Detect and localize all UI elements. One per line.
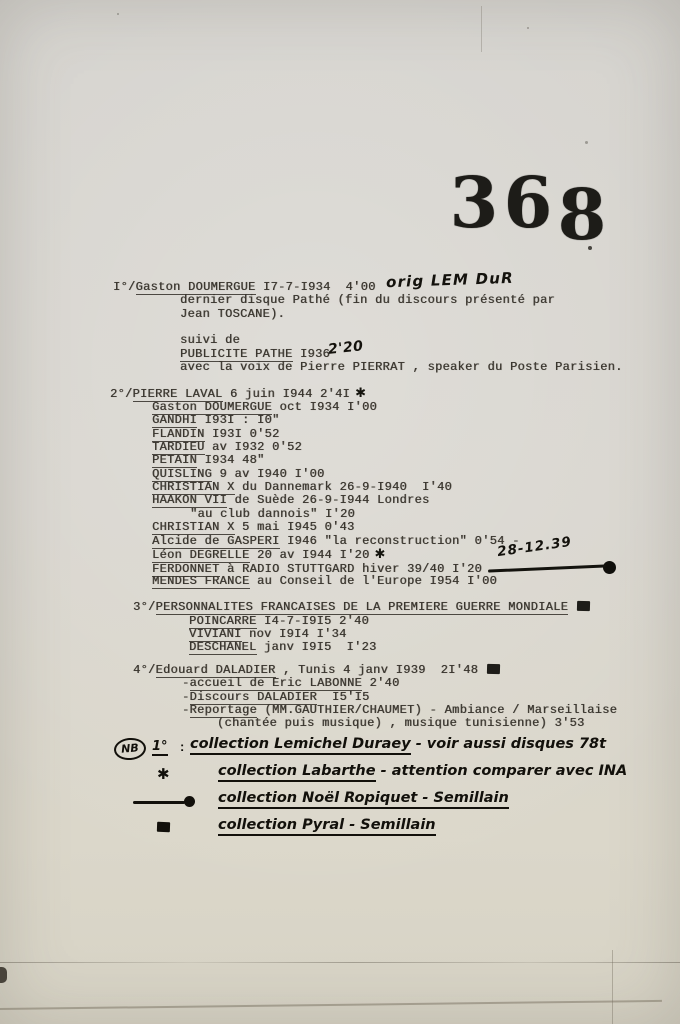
handwritten-note: collection Noël Ropiquet - Semillain [218,790,509,806]
page-edge-vertical [612,950,613,1024]
entry-details: du Dannemark 26-9-I940 I'40 [235,480,453,494]
typed-line: QUISLING 9 av I940 I'00 [152,468,680,481]
entry-details: I7-7-I934 4'00 [256,280,376,294]
entry-details: janv I9I5 I'23 [257,640,377,654]
asterisk-mark: ✱ [157,765,170,783]
section-heading: 4°/Edouard DALADIER , Tunis 4 janv I939 … [133,664,680,677]
line-gap [0,321,680,334]
typed-line: Jean TOSCANE). [180,308,680,321]
note-text: collection Lemichel Duraey [190,736,411,755]
handwritten-note: collection Lemichel Duraey - voir aussi … [190,736,606,752]
page-edge-line [0,1000,662,1010]
entry-details: oct I934 I'00 [272,400,377,414]
section-heading: 2°/PIERRE LAVAL 6 juin I944 2'4I✱ [110,387,680,400]
entry-title: MENDES FRANCE [152,574,250,589]
entry-details: av I932 0'52 [205,440,303,454]
entry-details: (MM.GAUTHIER/CHAUMET) - Ambiance / Marse… [257,703,617,717]
typed-line: "au club dannois" I'20 [190,508,680,521]
paper-speck [588,246,592,250]
typed-line: dernier disque Pathé (fin du discours pr… [180,294,680,307]
entry-details: I4-7-I9I5 2'40 [257,614,370,628]
entry-title: DESCHANEL [189,640,257,655]
entry-details: nov I9I4 I'34 [242,627,347,641]
handwritten-note: collection Labarthe - attention comparer… [218,763,627,779]
entry-details: au Conseil de l'Europe I954 I'00 [250,574,498,588]
entry-details: de Suède 26-9-I944 Londres [227,493,430,507]
handwritten-note: collection Pyral - Semillain [218,817,436,833]
stamp-digit: 6 [501,161,555,244]
entry-number: - [182,676,190,690]
entry-number: I°/ [113,280,136,294]
ink-blob [0,967,7,983]
typed-line: GANDHI I93I : I0" [152,414,680,427]
entry-details: 20 av I944 I'20 [250,548,370,562]
typed-line: (chantée puis musique) , musique tunisie… [217,717,680,730]
typed-line: -Reportage (MM.GAUTHIER/CHAUMET) - Ambia… [182,704,680,717]
line-text: (chantée puis musique) , musique tunisie… [217,716,585,730]
typed-line: -Discours DALADIER I5'I5 [182,691,680,704]
note-separator: : [180,739,184,754]
entry-number: 4°/ [133,663,156,677]
note-text: - voir aussi disques 78t [411,736,606,752]
typed-line: PUBLICITE PATHE I936 [180,348,680,361]
typed-line: Léon DEGRELLE 20 av I944 I'20✱ [152,548,680,561]
typed-line: FLANDIN I93I 0'52 [152,428,680,441]
typed-line: PETAIN I934 48" [152,454,680,467]
entry-number: - [182,690,190,704]
typed-line: Gaston DOUMERGUE oct I934 I'00 [152,401,680,414]
note-number: 1° [152,739,168,756]
line-text: suivi de [180,333,240,347]
typed-line: CHRISTIAN X 5 mai I945 0'43 [152,521,680,534]
stamp-digit: 3 [447,161,501,244]
page-number-stamp: 368 [447,161,609,244]
entry-details: I936 [293,347,331,361]
ink-square-mark [577,601,590,611]
typed-line: POINCARRE I4-7-I9I5 2'40 [189,615,680,628]
paper-speck [527,27,529,29]
page-edge-line [0,962,680,963]
typed-line: TARDIEU av I932 0'52 [152,441,680,454]
ink-stroke [488,564,606,572]
ink-square-mark [487,664,500,674]
entry-details: , Tunis 4 janv I939 2I'48 [276,663,479,677]
line-text: "au club dannois" I'20 [190,507,355,521]
entry-title: Alcide de GASPERI [152,534,280,549]
typed-line: CHRISTIAN X du Dannemark 26-9-I940 I'40 [152,481,680,494]
typed-line: HAAKON VII de Suède 26-9-I944 Londres [152,494,680,507]
entry-number: - [182,703,190,717]
entry-title: CHRISTIAN X [152,520,235,535]
nb-circle-mark: NB [113,737,147,762]
typed-line: -accueil de Eric LABONNE 2'40 [182,677,680,690]
scanned-page: 368 I°/Gaston DOUMERGUE I7-7-I934 4'00 d… [0,0,680,1024]
line-text: dernier disque Pathé (fin du discours pr… [180,293,555,307]
note-text: collection Noël Ropiquet - Semillain [218,790,509,809]
typed-line: avec la voix de Pierre PIERRAT , speaker… [180,361,680,374]
entry-details: I946 "la reconstruction" 0'54 - [280,534,520,548]
typed-line: VIVIANI nov I9I4 I'34 [189,628,680,641]
paper-speck [117,13,119,15]
ink-square-mark [157,822,170,832]
typed-line: suivi de [180,334,680,347]
entry-details: 9 av I940 I'00 [212,467,325,481]
entry-details: I93I : I0" [197,413,280,427]
entry-details: I934 48" [197,453,265,467]
paper-speck [585,141,588,144]
entry-details: I5'I5 [317,690,370,704]
typed-line: DESCHANEL janv I9I5 I'23 [189,641,680,654]
note-text: collection Pyral - Semillain [218,817,436,836]
typed-line: Alcide de GASPERI I946 "la reconstructio… [152,535,680,548]
section-heading: 3°/PERSONNALITES FRANCAISES DE LA PREMIE… [133,601,680,614]
entry-details: 2'40 [362,676,400,690]
asterisk-mark: ✱ [375,547,386,562]
note-text: - attention comparer avec INA [376,763,628,779]
typed-line: FERDONNET à RADIO STUTTGARD hiver 39/40 … [152,561,680,574]
entry-details: 5 mai I945 0'43 [235,520,355,534]
ink-dot [184,796,195,807]
line-text: Jean TOSCANE). [180,307,285,321]
line-gap [0,374,680,387]
scratch-mark [481,6,482,52]
ink-dot [603,561,616,574]
stamp-digit: 8 [555,173,609,256]
entry-number: 3°/ [133,600,156,614]
entry-number: 2°/ [110,387,133,401]
entry-details: I93I 0'52 [205,427,280,441]
typed-line: MENDES FRANCE au Conseil de l'Europe I95… [152,575,680,588]
note-text: collection Labarthe [218,763,376,782]
entry-title: GANDHI [152,413,197,428]
line-text: avec la voix de Pierre PIERRAT , speaker… [180,360,623,374]
dash-mark [133,801,185,804]
